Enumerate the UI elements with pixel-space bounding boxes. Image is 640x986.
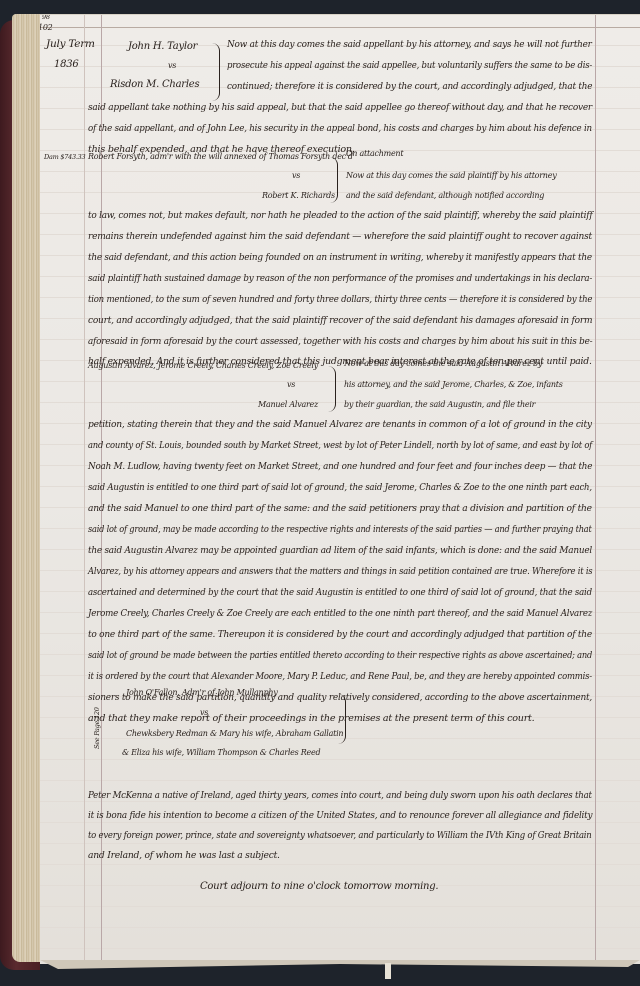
rule-line	[40, 654, 640, 655]
rule-line	[40, 906, 640, 907]
rule-line	[40, 948, 640, 949]
body-line: aforesaid in form aforesaid by the court…	[88, 331, 592, 353]
body-line: said plaintiff hath sustained damage by …	[88, 268, 592, 290]
defendant-name: Risdon M. Charles	[110, 74, 199, 96]
rule-line	[40, 402, 640, 403]
body-line: the said defendant, and this action bein…	[88, 247, 592, 269]
body-line: said appellant take nothing by his said …	[88, 97, 592, 119]
heading-line: Now at this day comes the said plaintiff…	[346, 165, 556, 187]
rule-line	[40, 801, 640, 802]
rule-line	[40, 591, 640, 592]
term-year: 1836	[54, 54, 78, 76]
rule-line	[40, 465, 640, 466]
rule-line	[40, 633, 640, 634]
rule-line	[40, 381, 640, 382]
rule-line	[40, 717, 640, 718]
rule-line	[40, 192, 640, 193]
rule-line	[40, 486, 640, 487]
rule-line	[40, 528, 640, 529]
rule-line	[40, 360, 640, 361]
rule-line	[40, 549, 640, 550]
plaintiff-name: John H. Taylor	[128, 36, 197, 58]
heading-line: On attachment	[346, 143, 403, 165]
heading-line: and the said defendant, although notifie…	[346, 185, 544, 207]
brace	[212, 43, 220, 101]
page-tab-marker	[385, 963, 391, 979]
rule-line	[40, 822, 640, 823]
rule-line	[40, 885, 640, 886]
term-label: July Term	[46, 34, 95, 56]
rule-line	[40, 675, 640, 676]
plaintiff-name: Robert Forsyth, adm'r with the will anne…	[88, 146, 353, 168]
rule-line	[40, 696, 640, 697]
heading-line: Now at this day comes the said appellant…	[227, 34, 592, 56]
rule-line	[40, 738, 640, 739]
brace	[330, 157, 338, 203]
body-line: court, and accordingly adjudged, that th…	[88, 310, 592, 332]
right-margin-rule	[595, 15, 596, 964]
margin-note-damages: Dam $743.33	[44, 147, 85, 169]
top-rule	[40, 27, 640, 28]
rule-line	[40, 444, 640, 445]
heading-line: prosecute his appeal against the said ap…	[227, 55, 592, 77]
rule-line	[40, 843, 640, 844]
rule-line	[40, 759, 640, 760]
page-bottom-edge	[40, 960, 640, 970]
versus-label: vs	[292, 165, 300, 187]
body-line: remains therein undefended against him t…	[88, 226, 592, 248]
defendant-name: Robert K. Richards	[262, 185, 335, 207]
rule-line	[40, 864, 640, 865]
body-line: to law, comes not, but makes default, no…	[88, 205, 592, 227]
body-line: of the said appellant, and of John Lee, …	[88, 118, 592, 140]
ledger-page: 98 102 July Term 1836 John H. Taylor vs …	[40, 14, 640, 964]
rule-line	[40, 507, 640, 508]
body-line: tion mentioned, to the sum of seven hund…	[88, 289, 592, 311]
rule-line	[40, 780, 640, 781]
rule-line	[40, 612, 640, 613]
rule-line	[40, 570, 640, 571]
rule-line	[40, 423, 640, 424]
rule-line	[40, 927, 640, 928]
heading-line: continued; therefore it is considered by…	[227, 76, 592, 98]
